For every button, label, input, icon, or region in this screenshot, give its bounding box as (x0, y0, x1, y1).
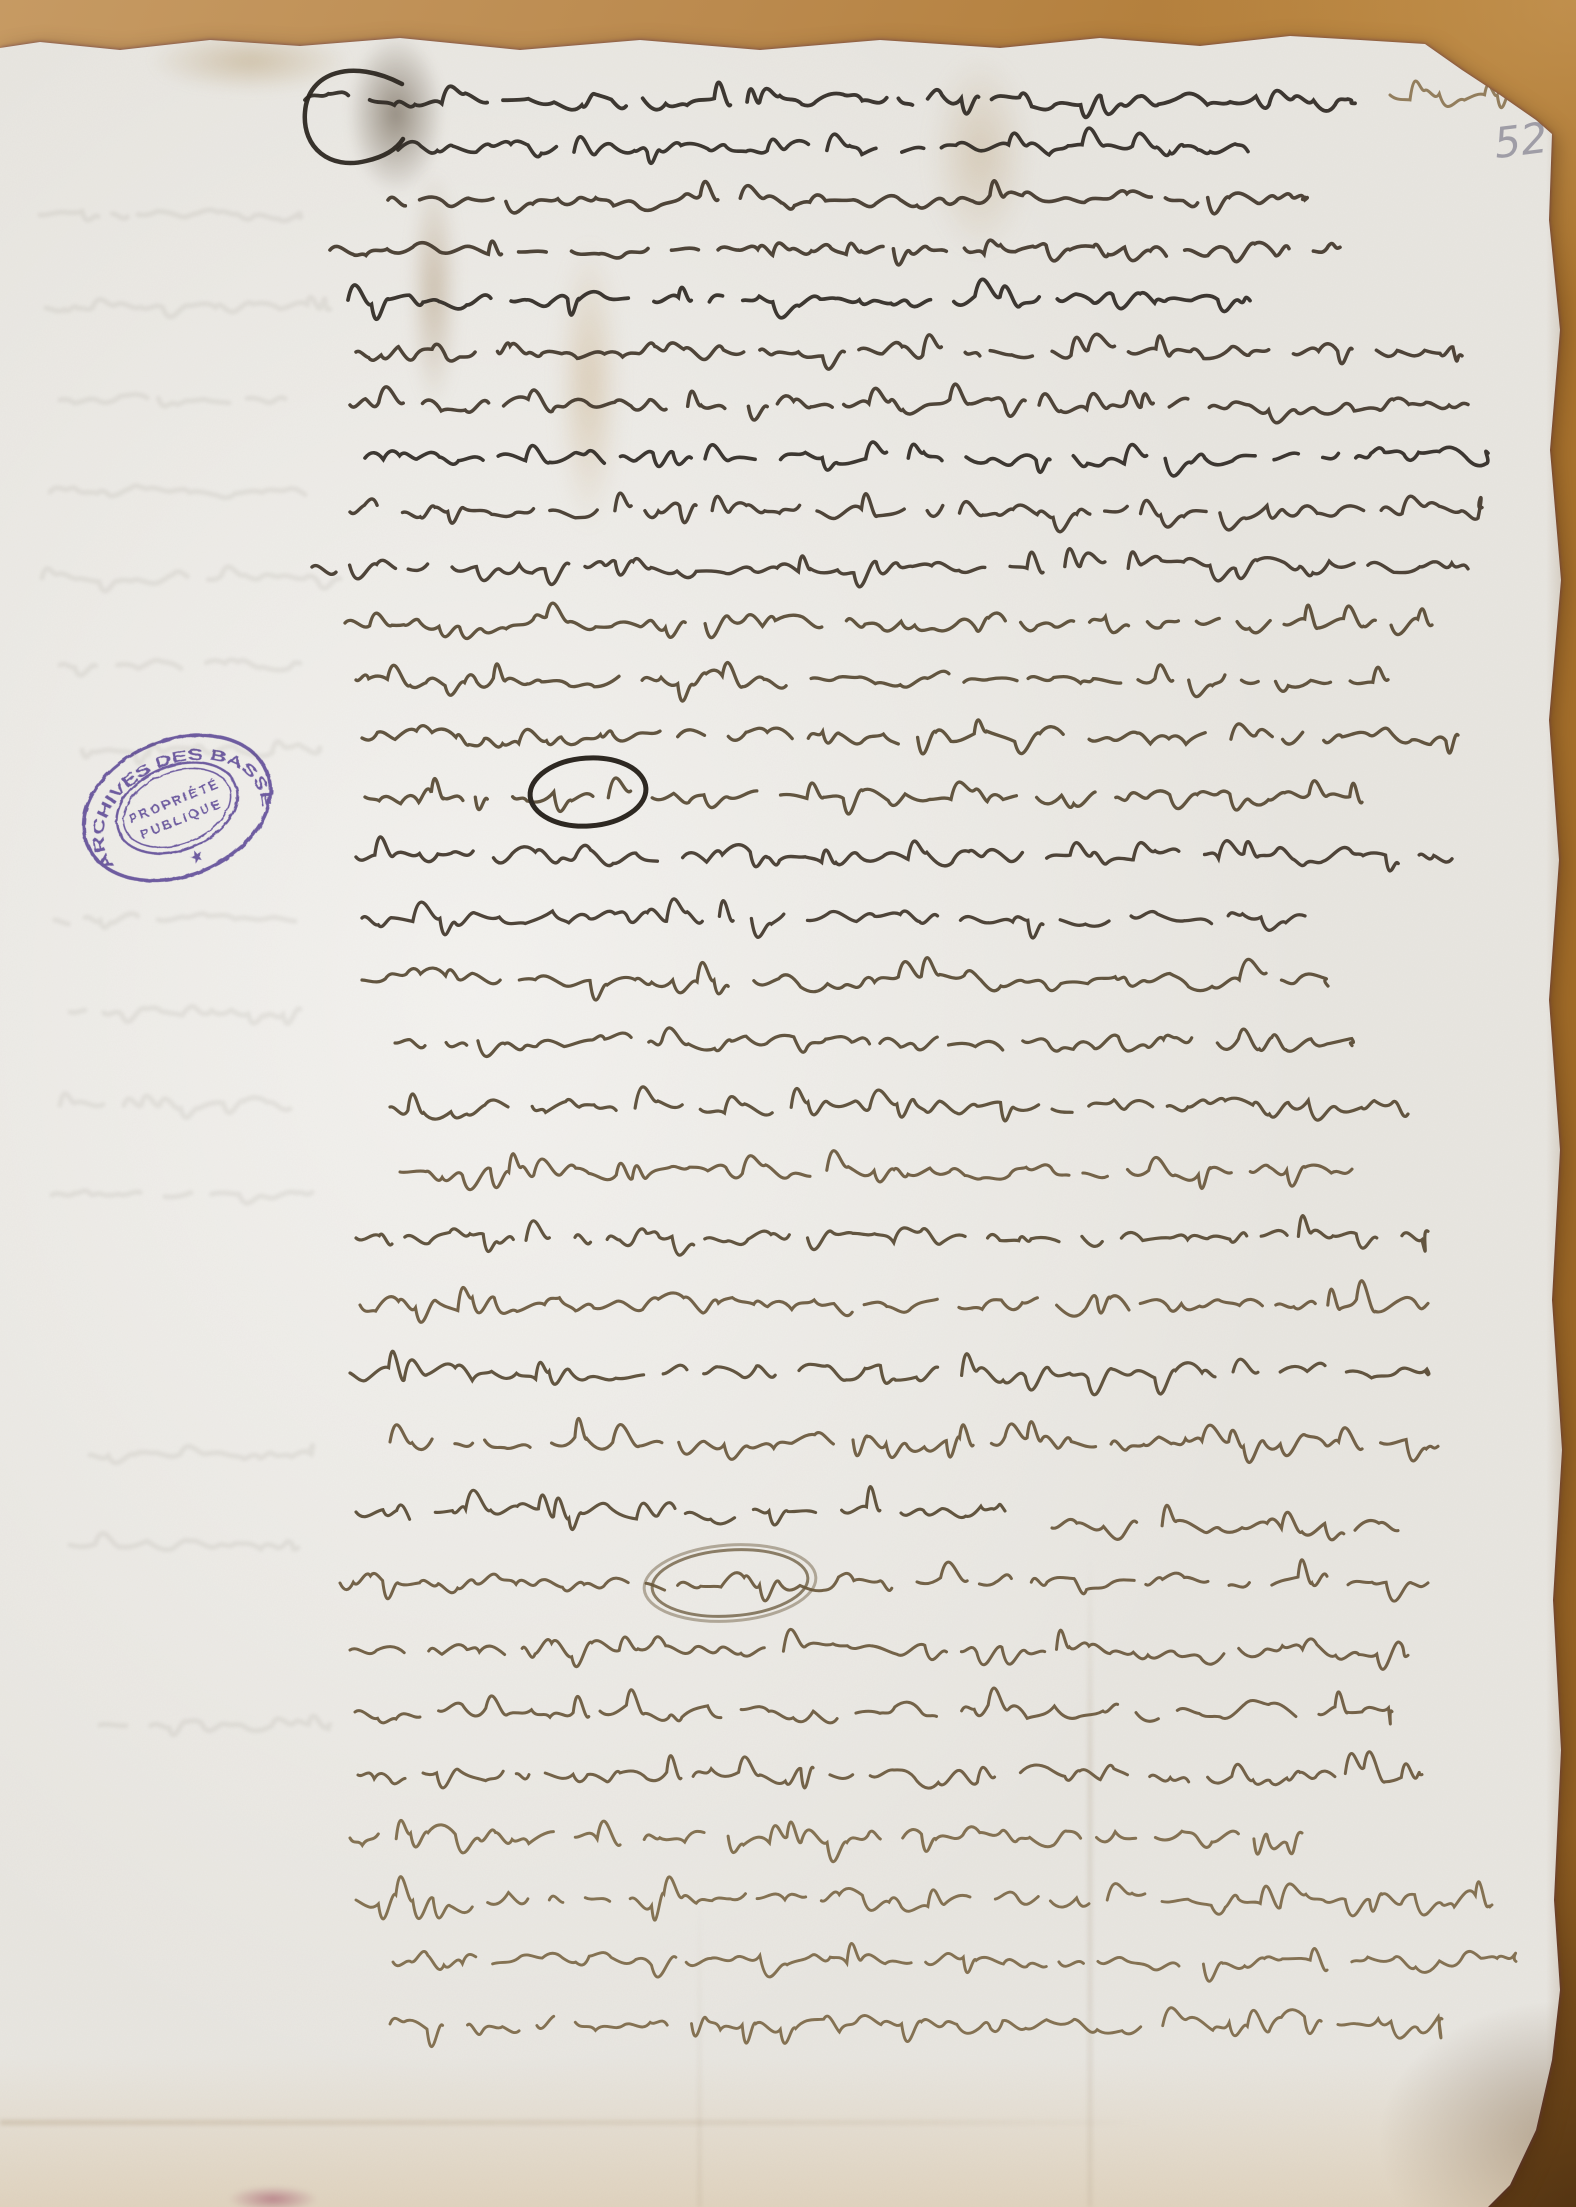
paper-grain-texture (0, 0, 1576, 2207)
photo-background: ARCHIVES DES BASSES-PYRÉNÉES PROPRIÉTÉ P… (0, 0, 1576, 2207)
handwriting-layer (0, 0, 1576, 2207)
page-number-pencil: 52 (1491, 113, 1550, 168)
stamp-outer-ring (62, 709, 293, 908)
manuscript-page: ARCHIVES DES BASSES-PYRÉNÉES PROPRIÉTÉ P… (0, 0, 1576, 2207)
stamp-star: ★ (186, 845, 207, 868)
paper-shadow-wrap: ARCHIVES DES BASSES-PYRÉNÉES PROPRIÉTÉ P… (0, 0, 1576, 2207)
archive-stamp: ARCHIVES DES BASSES-PYRÉNÉES PROPRIÉTÉ P… (52, 708, 302, 908)
